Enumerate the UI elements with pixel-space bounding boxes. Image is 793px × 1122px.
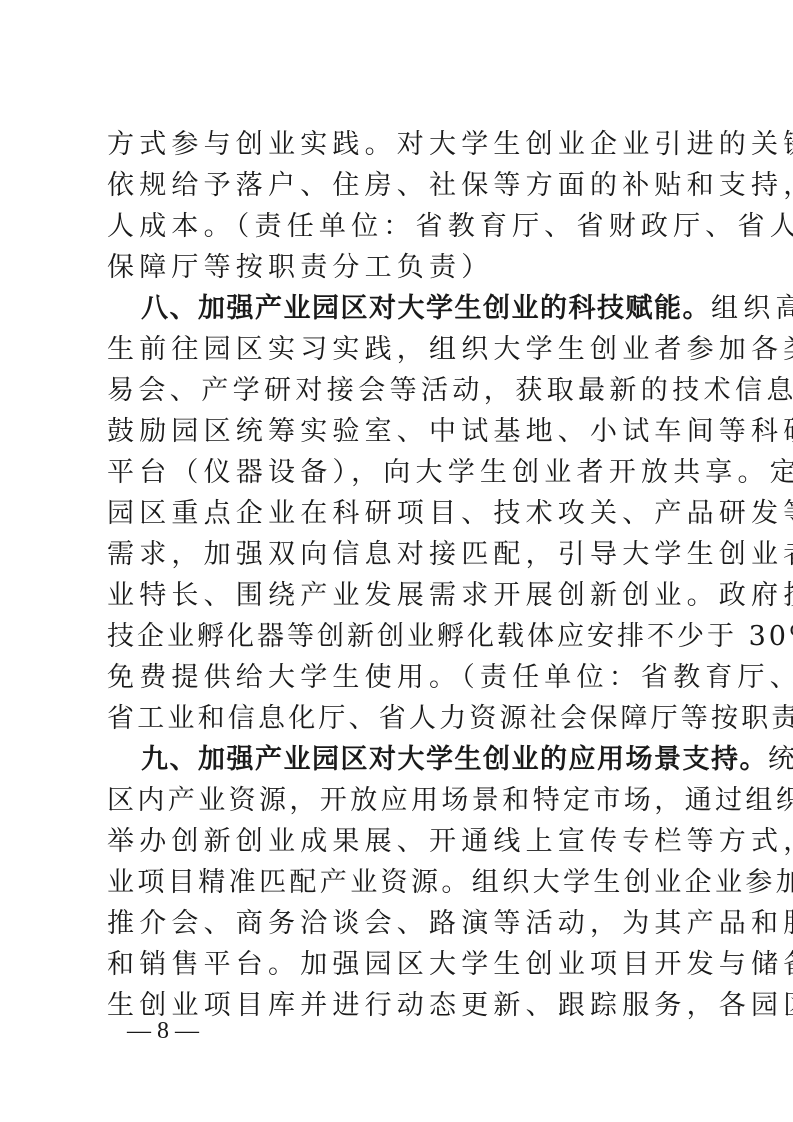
section-9-text: 统筹园 <box>768 744 793 775</box>
page-number: — 8 — <box>127 1016 199 1046</box>
text-line: 园区重点企业在科研项目、技术攻关、产品研发等方面的相关 <box>107 496 697 532</box>
text-line: 依规给予落户、住房、社保等方面的补贴和支持，降低企业用 <box>107 168 697 204</box>
section-9-first-line: 九、加强产业园区对大学生创业的应用场景支持。统筹园 <box>141 742 697 778</box>
text-line: 和销售平台。加强园区大学生创业项目开发与储备，建立大学 <box>107 947 697 983</box>
text-line: 方式参与创业实践。对大学生创业企业引进的关键人才，依法 <box>107 127 697 163</box>
text-line: 技企业孵化器等创新创业孵化载体应安排不少于 30%的场地， <box>107 619 697 655</box>
text-line: 业项目精准匹配产业资源。组织大学生创业企业参加各类展会、 <box>107 865 697 901</box>
text-line: 举办创新创业成果展、开通线上宣传专栏等方式，为大学生创 <box>107 824 697 860</box>
section-8-text: 组织高校师 <box>711 293 793 324</box>
text-line: 免费提供给大学生使用。（责任单位：省教育厅、省科技厅、 <box>107 660 697 696</box>
text-line: 业特长、围绕产业发展需求开展创新创业。政府投资建设的科 <box>107 578 697 614</box>
section-8-first-line: 八、加强产业园区对大学生创业的科技赋能。组织高校师 <box>141 291 697 327</box>
text-line: 保障厅等按职责分工负责） <box>107 250 697 286</box>
text-line: 鼓励园区统筹实验室、中试基地、小试车间等科研、技术服务 <box>107 414 697 450</box>
text-line: 推介会、商务洽谈会、路演等活动，为其产品和服务提供展示 <box>107 906 697 942</box>
text-line: 需求，加强双向信息对接匹配，引导大学生创业者结合自身专 <box>107 537 697 573</box>
text-line: 生前往园区实习实践，组织大学生创业者参加各类科技成果交 <box>107 332 697 368</box>
text-line: 易会、产学研对接会等活动，获取最新的技术信息和科研成果。 <box>107 373 697 409</box>
text-line: 省工业和信息化厅、省人力资源社会保障厅等按职责分工负责） <box>107 701 697 737</box>
document-page: 方式参与创业实践。对大学生创业企业引进的关键人才，依法 依规给予落户、住房、社保… <box>0 0 793 1122</box>
text-line: 人成本。（责任单位：省教育厅、省财政厅、省人力资源社会 <box>107 209 697 245</box>
text-line: 平台（仪器设备），向大学生创业者开放共享。定期收集发布 <box>107 455 697 491</box>
text-line: 区内产业资源，开放应用场景和特定市场，通过组织创业竞赛、 <box>107 783 697 819</box>
section-9-heading: 九、加强产业园区对大学生创业的应用场景支持。 <box>141 744 768 775</box>
section-8-heading: 八、加强产业园区对大学生创业的科技赋能。 <box>141 293 711 324</box>
